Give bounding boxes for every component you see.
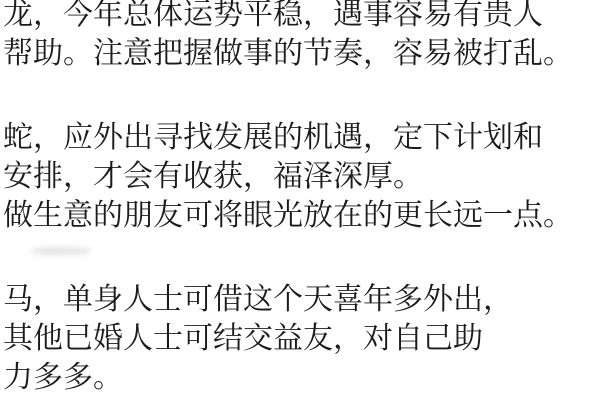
text-line: 其他已婚人士可结交益友，对自己助 [3,319,600,358]
text-line: 马，单身人士可借这个天喜年多外出， [3,280,600,319]
text-line: 安排，才会有收获，福泽深厚。 [3,157,600,196]
text-line: 龙，今年总体运势平稳，遇事容易有贵人 [3,0,600,34]
fortune-article-text: 龙，今年总体运势平稳，遇事容易有贵人 帮助。注意把握做事的节奏，容易被打乱。 蛇… [3,0,600,397]
text-line: 帮助。注意把握做事的节奏，容易被打乱。 [3,34,600,73]
paragraph-horse: 马，单身人士可借这个天喜年多外出， 其他已婚人士可结交益友，对自己助 力多多。 [3,280,600,397]
paragraph-snake: 蛇，应外出寻找发展的机遇，定下计划和 安排，才会有收获，福泽深厚。 做生意的朋友… [3,118,600,235]
paragraph-dragon: 龙，今年总体运势平稳，遇事容易有贵人 帮助。注意把握做事的节奏，容易被打乱。 [3,0,600,73]
compression-artifact-smudge [30,247,92,255]
text-line: 蛇，应外出寻找发展的机遇，定下计划和 [3,118,600,157]
text-line: 做生意的朋友可将眼光放在的更长远一点。 [3,196,600,235]
text-line: 力多多。 [3,358,600,397]
